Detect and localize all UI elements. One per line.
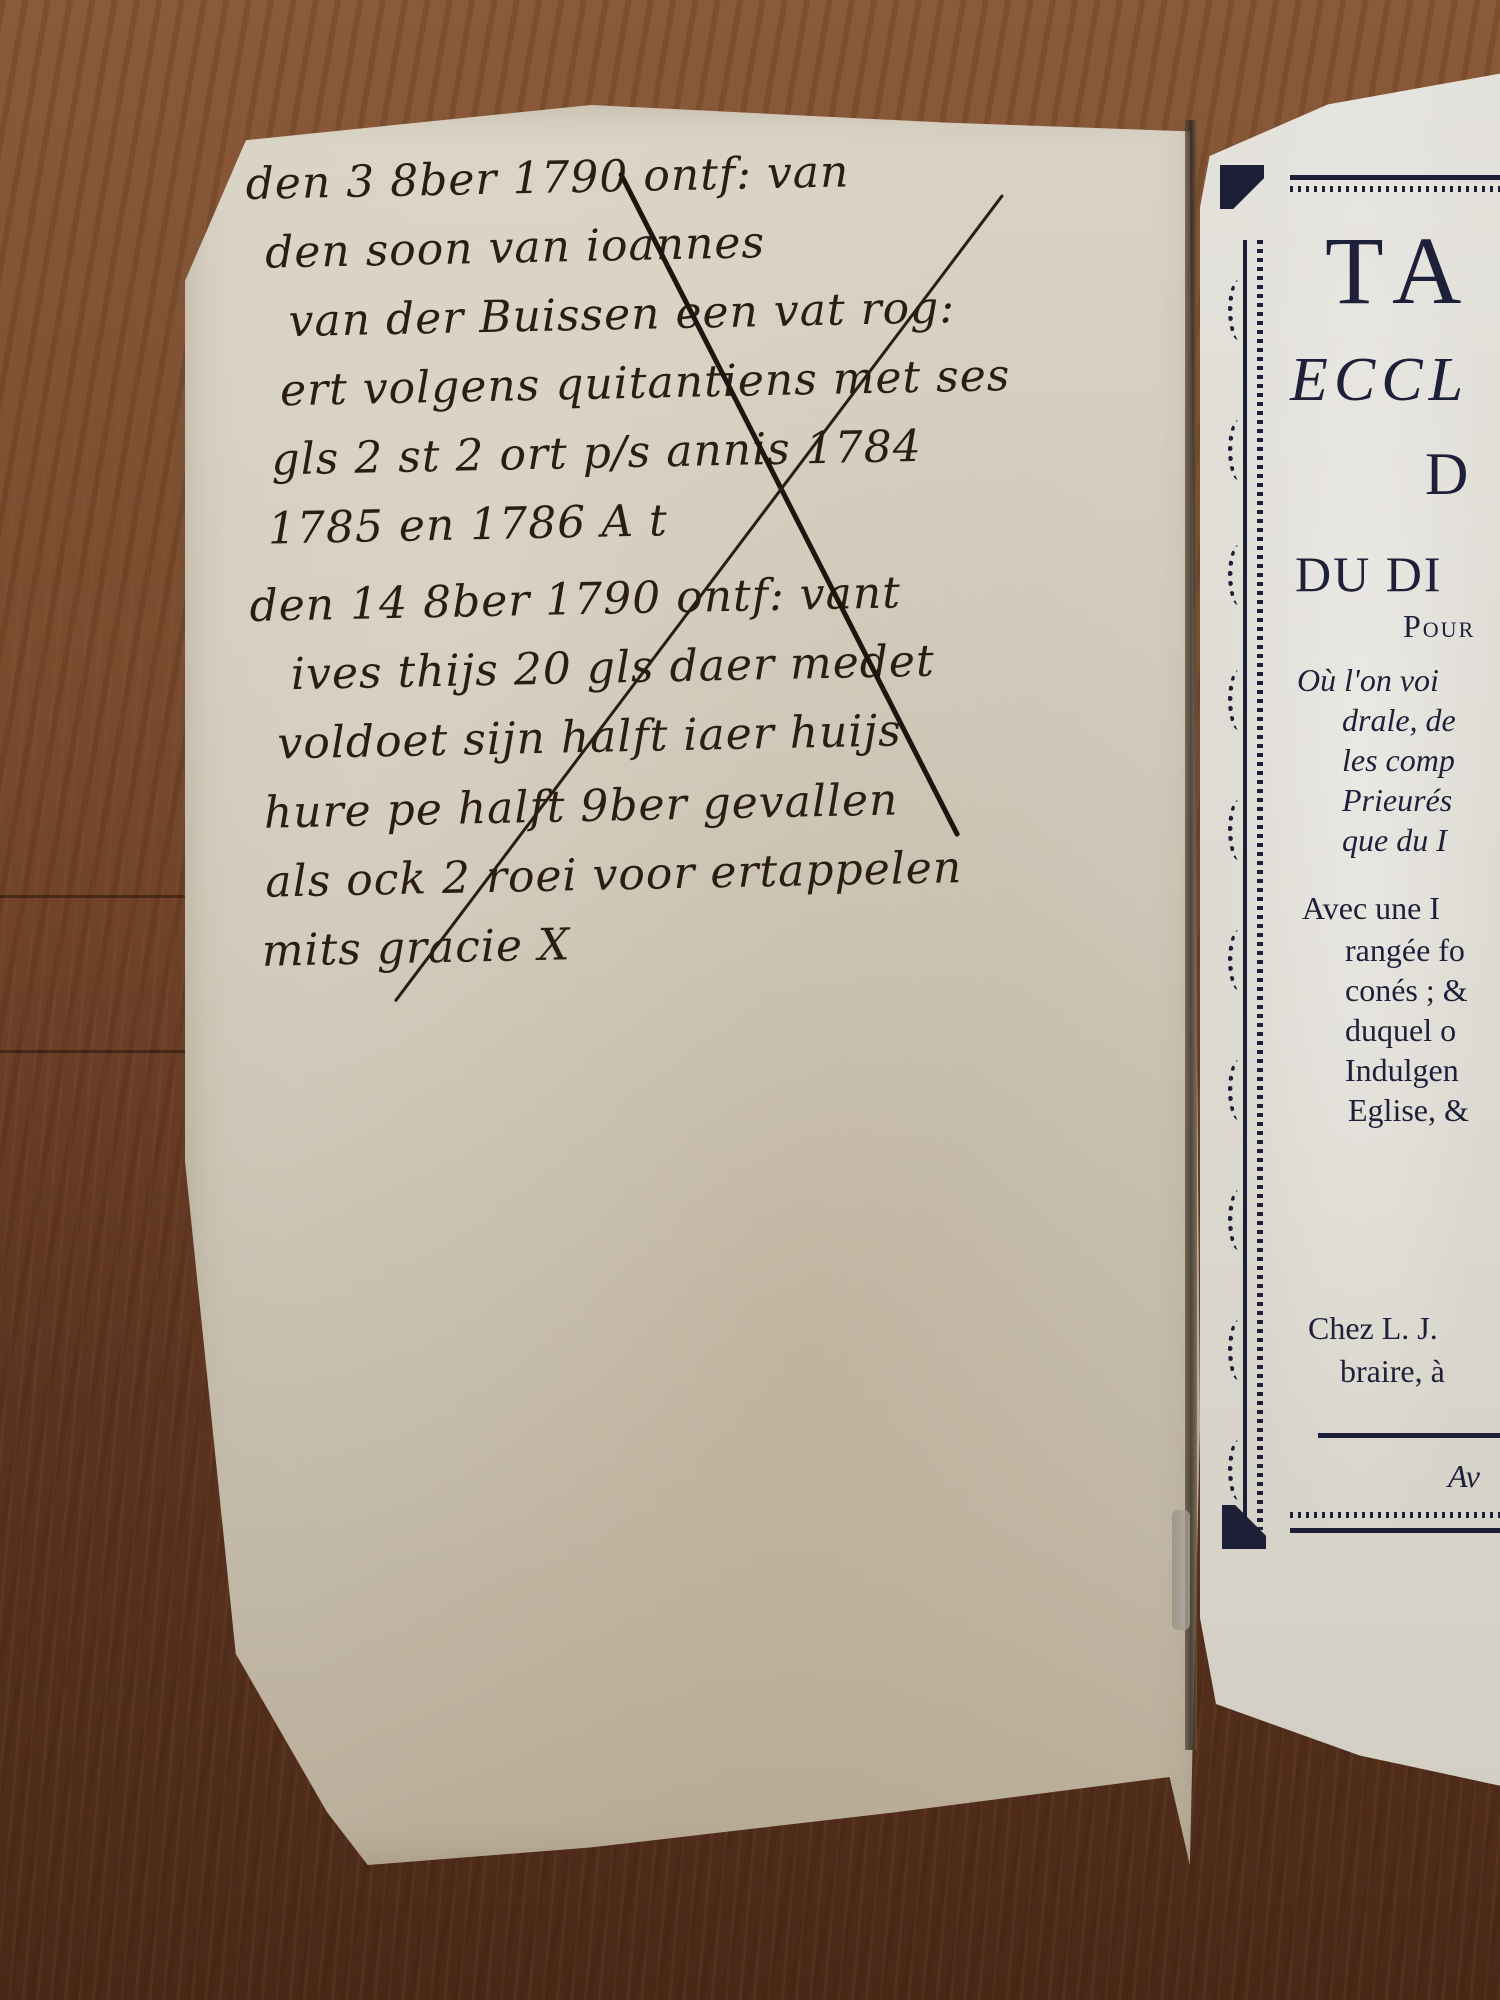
handwritten-notes: den 3 8ber 1790 ontf: van den soon van i… <box>245 130 1202 986</box>
avec-line: duquel o <box>1345 1012 1456 1049</box>
avec-line: Eglise, & <box>1348 1092 1469 1129</box>
ornamental-border-bottom <box>1290 1510 1500 1533</box>
vine-ornament-icon <box>1228 1190 1249 1250</box>
imprint-line: braire, à <box>1340 1353 1445 1390</box>
vine-ornament-icon <box>1228 800 1249 860</box>
wood-plank-seam <box>0 1050 200 1053</box>
description-line: Prieurés <box>1342 782 1452 819</box>
description-line: que du I <box>1342 822 1447 859</box>
vine-ornament-icon <box>1228 1440 1249 1500</box>
title-line-4: DU DI <box>1295 545 1442 603</box>
imprint-rule <box>1318 1433 1500 1438</box>
avec-line: Indulgen <box>1345 1052 1459 1089</box>
imprint-place: Av <box>1448 1458 1480 1495</box>
vine-ornament-icon <box>1228 930 1249 990</box>
ornamental-border-top <box>1290 175 1500 198</box>
title-line-2: ECCL <box>1290 345 1469 416</box>
vine-ornament-icon <box>1228 420 1249 480</box>
vine-ornament-icon <box>1228 545 1249 605</box>
wood-plank-seam <box>0 895 200 898</box>
title-line-1: TA <box>1325 215 1477 326</box>
title-pour: Pour <box>1403 608 1475 645</box>
title-line-3: D <box>1425 440 1468 509</box>
avec-line: rangée fo <box>1345 932 1465 969</box>
vine-ornament-icon <box>1228 1320 1249 1380</box>
description-line: Où l'on voi <box>1297 662 1439 699</box>
avec-line: conés ; & <box>1345 972 1468 1009</box>
description-line: les comp <box>1342 742 1455 779</box>
imprint-line: Chez L. J. <box>1308 1310 1438 1347</box>
avec-line: Avec une I <box>1302 890 1440 927</box>
vine-ornament-icon <box>1228 670 1249 730</box>
description-line: drale, de <box>1342 702 1456 739</box>
gutter-tear <box>1172 1510 1190 1630</box>
vine-ornament-icon <box>1228 280 1249 340</box>
vine-ornament-icon <box>1228 1060 1249 1120</box>
